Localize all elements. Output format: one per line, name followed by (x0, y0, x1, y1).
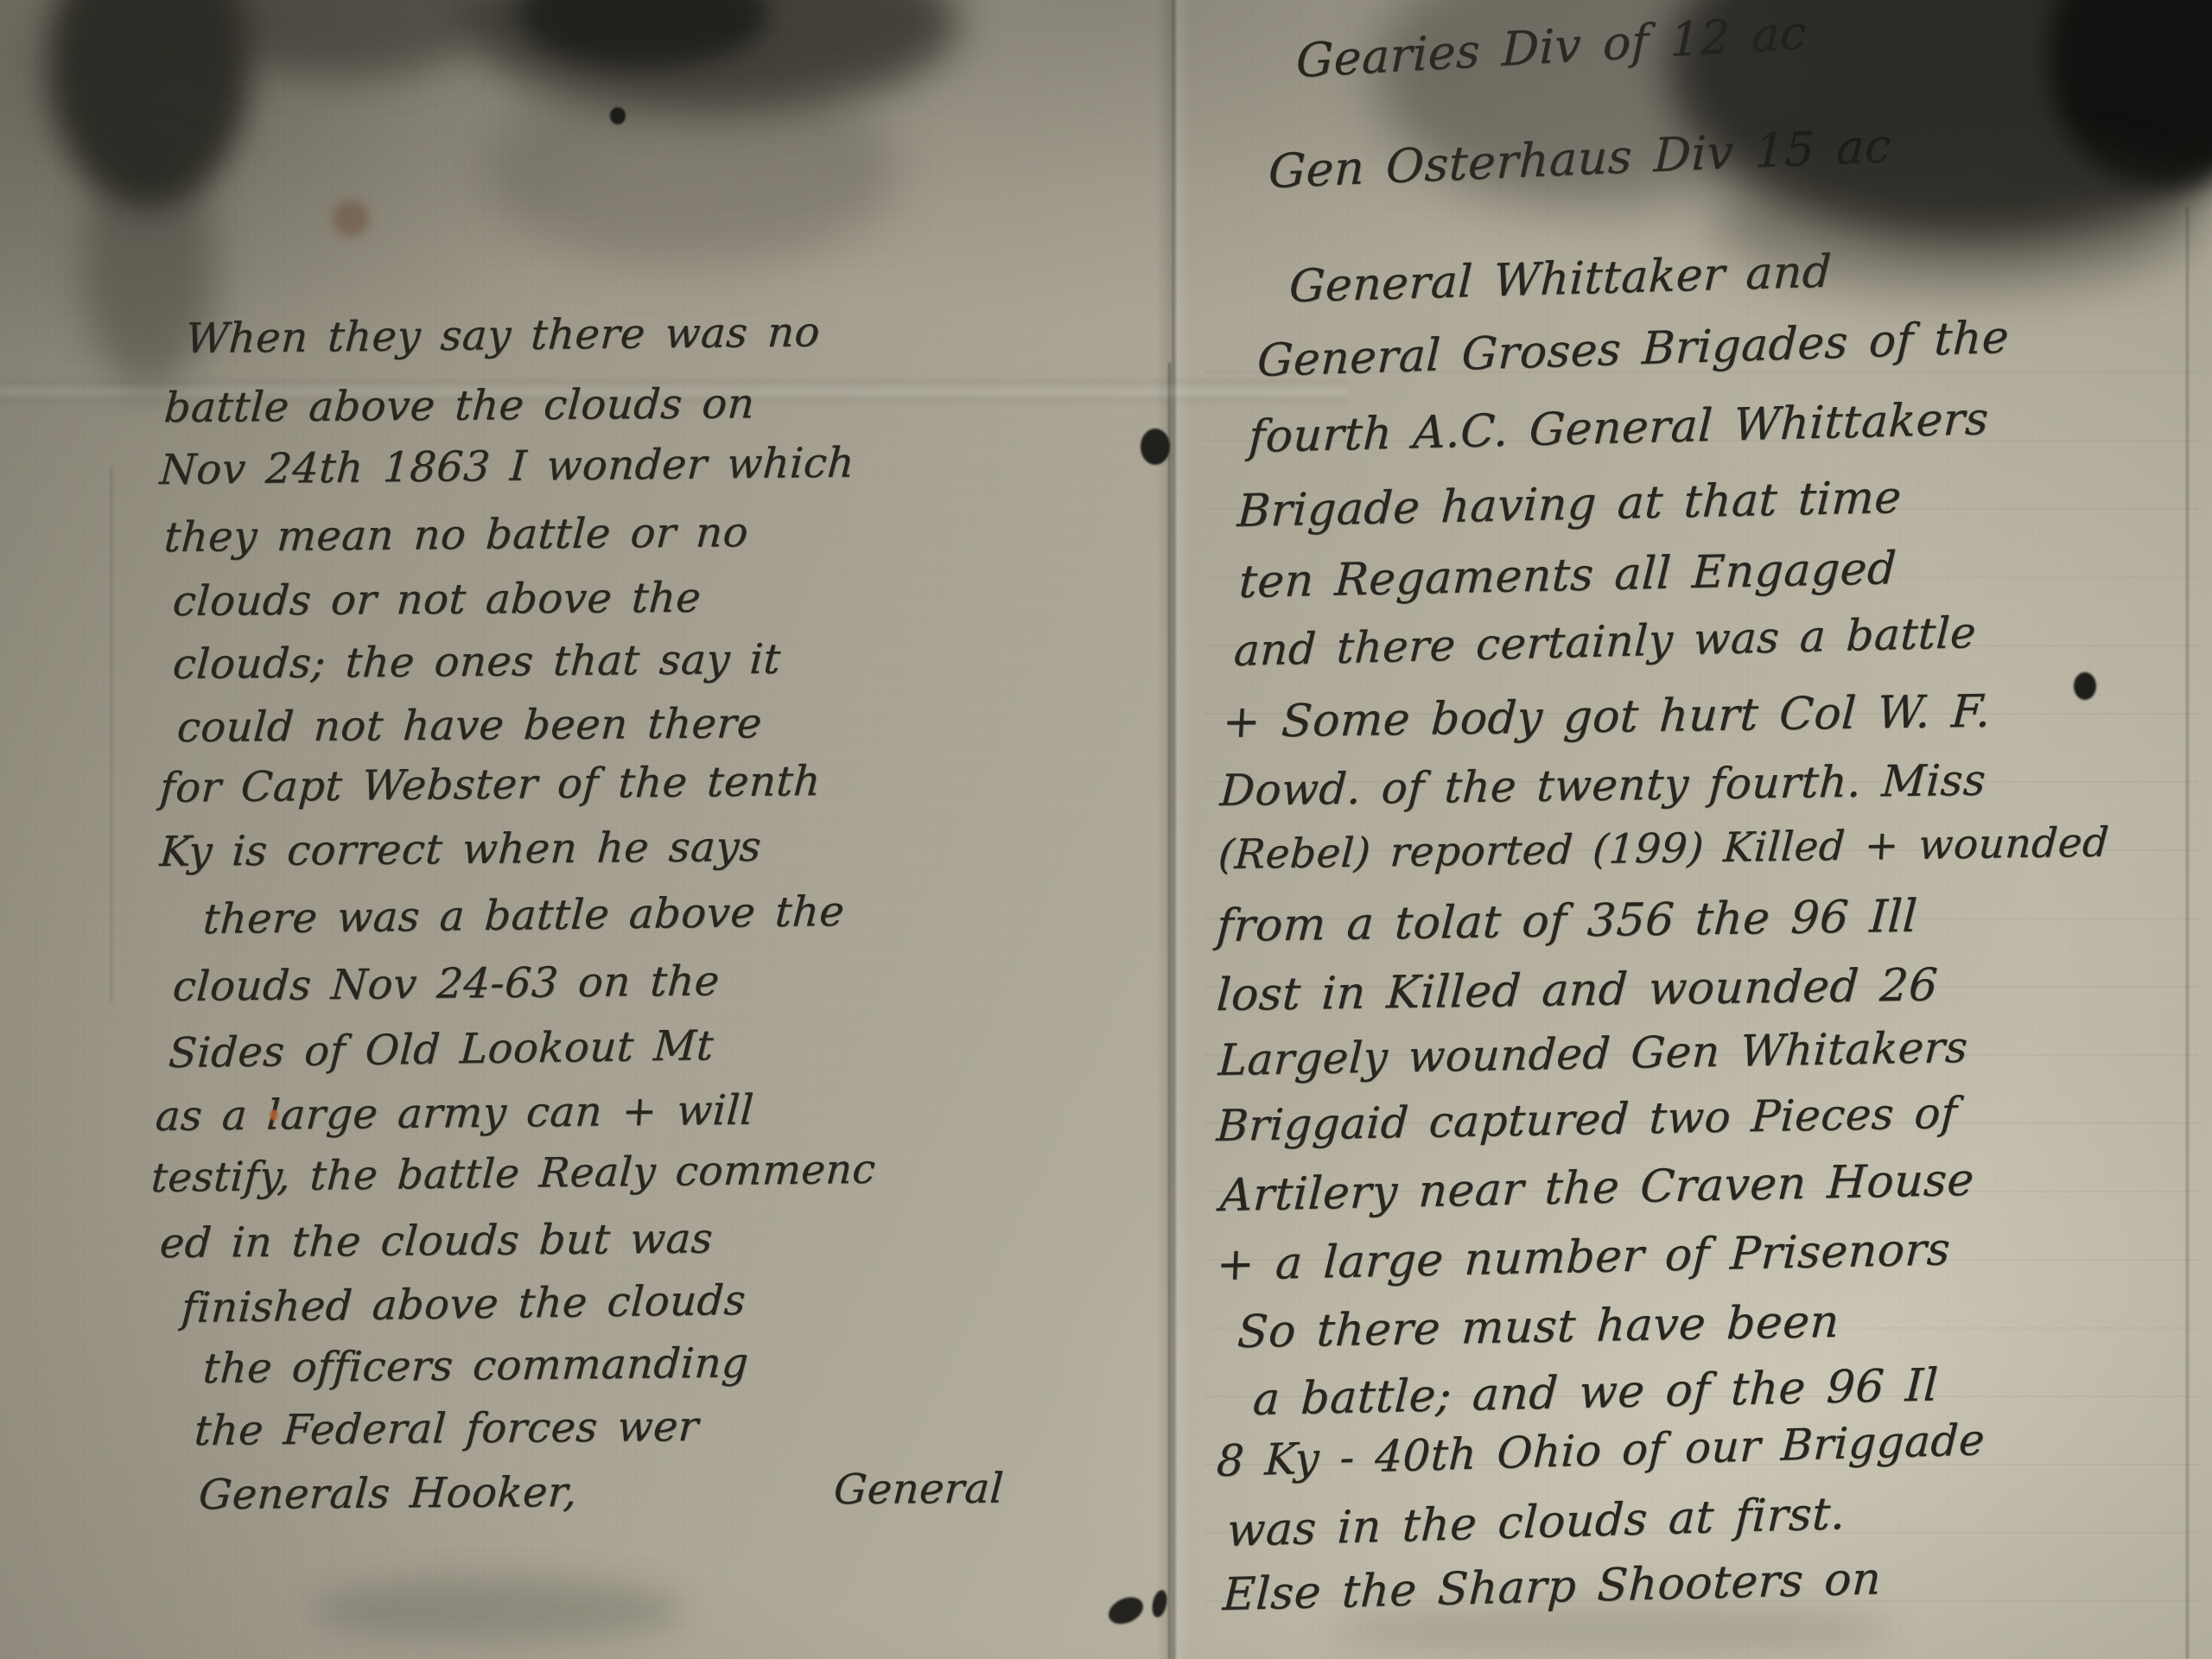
handwritten-line: lost in Killed and wounded 26 (1216, 963, 1940, 1018)
handwritten-line: ten Regaments all Engaged (1238, 546, 1897, 605)
handwritten-line: General Whittaker and (1288, 249, 1833, 309)
handwritten-line: Largely wounded Gen Whitakers (1217, 1026, 1969, 1082)
handwritten-line: General Groses Brigades of the (1256, 315, 2010, 384)
handwritten-line: and there certainly was a battle (1233, 611, 1977, 672)
handwritten-line: So there must have been (1236, 1300, 1840, 1355)
handwritten-line: was in the clouds at first. (1226, 1491, 1847, 1554)
handwritten-line: Brigade having at that time (1236, 475, 1903, 534)
handwritten-line: + Some body got hurt Col W. F. (1222, 690, 1993, 745)
handwritten-line: Else the Sharp Shooters on (1222, 1556, 1882, 1618)
handwritten-line: + a large number of Prisenors (1216, 1227, 1952, 1287)
handwritten-line: (Rebel) reported (199) Killed + wounded (1217, 823, 2110, 875)
handwritten-line: Gen Osterhaus Div 15 ac (1268, 123, 1891, 195)
handwritten-line: fourth A.C. General Whittakers (1248, 397, 1990, 460)
handwritten-line: Artilery near the Craven House (1219, 1158, 1975, 1218)
handwritten-line: 8 Ky - 40th Ohio of our Briggade (1216, 1418, 1986, 1483)
handwritten-line: a battle; and we of the 96 Il (1252, 1363, 1940, 1422)
handwritten-line: Briggaid captured two Pieces of (1216, 1091, 1959, 1147)
handwritten-line: from a tolat of 356 the 96 Ill (1216, 894, 1919, 949)
handwritten-line: Gearies Div of 12 ac (1296, 10, 1807, 85)
handwritten-line: Dowd. of the twenty fourth. Miss (1219, 759, 1987, 812)
right_page: Gearies Div of 12 acGen Osterhaus Div 15… (0, 0, 2212, 1659)
document-photo: When they say there was nobattle above t… (0, 0, 2212, 1659)
